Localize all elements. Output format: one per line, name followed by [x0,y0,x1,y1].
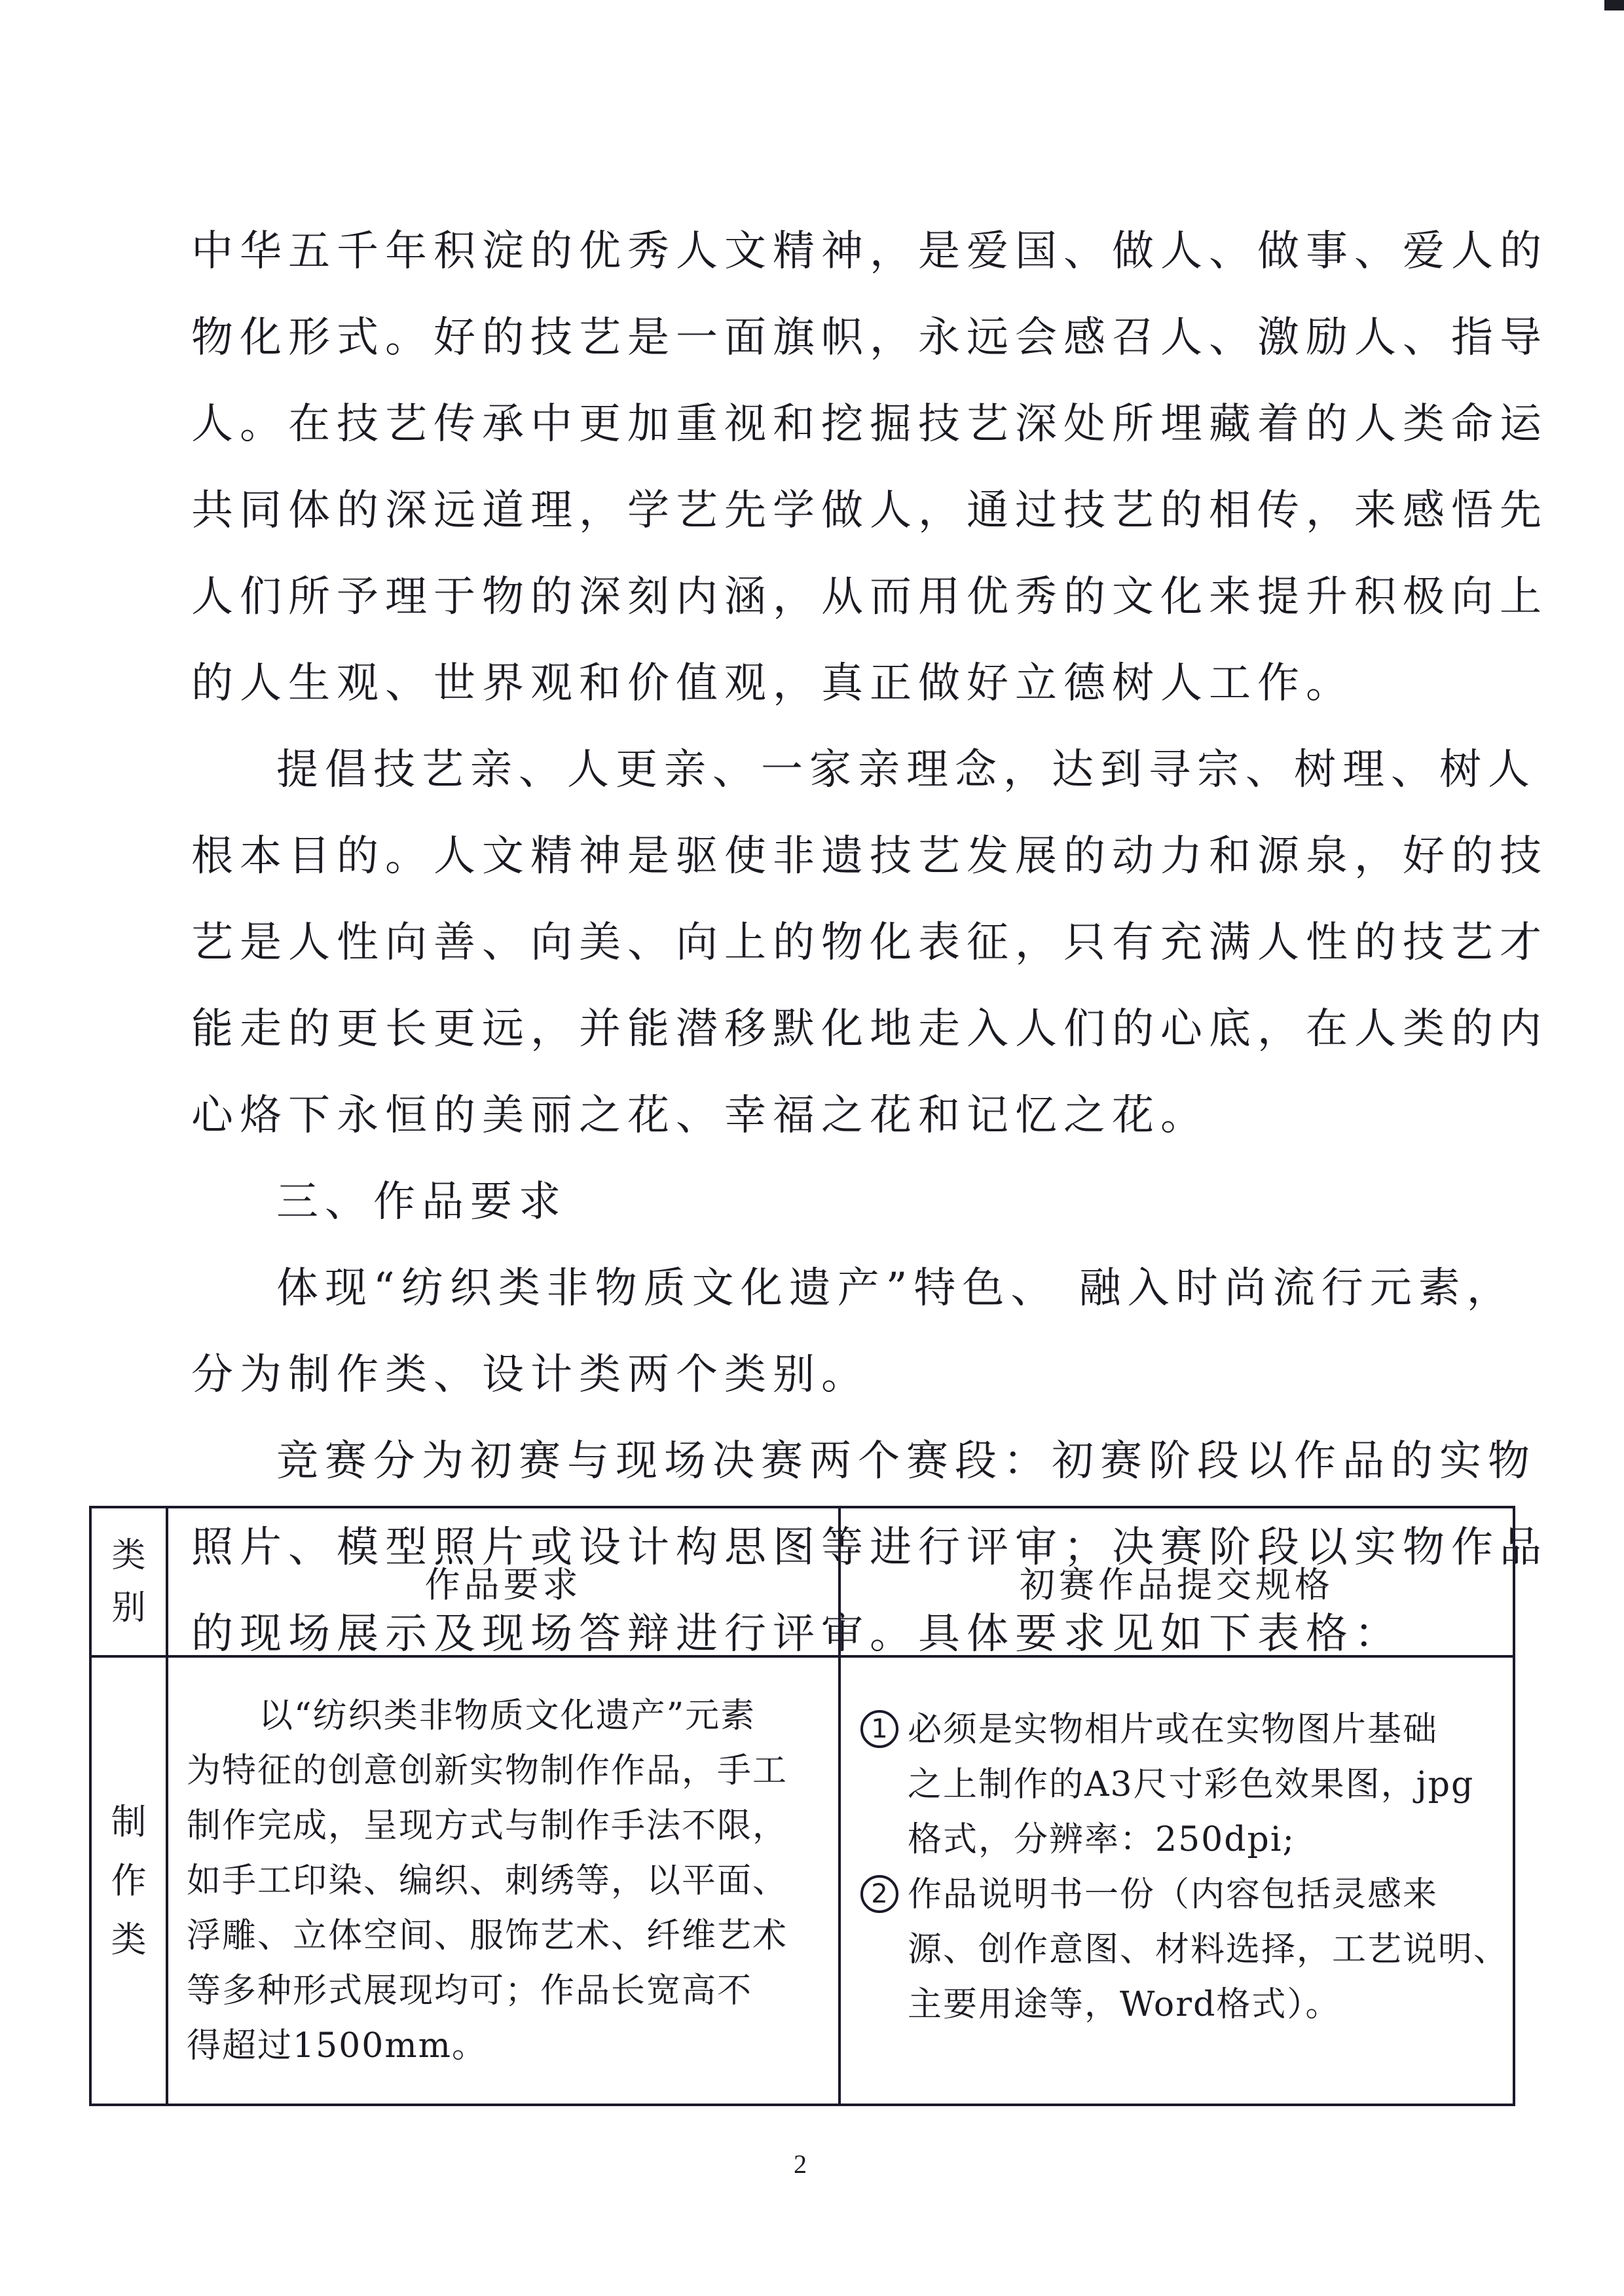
page-number: 2 [794,2149,807,2179]
header-requirements: 作品要求 [167,1507,840,1656]
paragraph-line: 能走的更长更远，并能潜移默化地走入人们的心底，在人类的内 [191,986,1416,1072]
section-heading: 三、作品要求 [191,1159,1416,1245]
circled-number-icon: 2 [860,1875,898,1913]
submission-spec-cell: 1 必须是实物相片或在实物图片基础 之上制作的A3尺寸彩色效果图，jpg 格式，… [840,1656,1514,2105]
paragraph-line: 心烙下永恒的美丽之花、幸福之花和记忆之花。 [191,1072,1416,1159]
paragraph-line: 共同体的深远道理，学艺先学做人，通过技艺的相传，来感悟先 [191,467,1416,554]
cell-line: 作品说明书一份（内容包括灵感来 [908,1867,1500,1922]
cell-line: 浮雕、立体空间、服饰艺术、纤维艺术 [187,1908,822,1963]
paragraph-line: 人们所予理于物的深刻内涵，从而用优秀的文化来提升积极向上 [191,554,1416,640]
table-header-row: 类 别 作品要求 初赛作品提交规格 [90,1507,1514,1656]
cell-line: 主要用途等，Word格式）。 [908,1977,1500,2032]
cell-line: 源、创作意图、材料选择，工艺说明、 [908,1922,1500,1977]
paragraph-line: 体现“纺织类非物质文化遗产”特色、 融入时尚流行元素， [191,1245,1416,1332]
category-char: 类 [92,1910,166,1969]
document-body: 中华五千年积淀的优秀人文精神，是爱国、做人、做事、爱人的 物化形式。好的技艺是一… [191,208,1416,1677]
requirements-cell: 以“纺织类非物质文化遗产”元素 为特征的创意创新实物制作作品，手工 制作完成，呈… [167,1656,840,2105]
cell-line: 制作完成，呈现方式与制作手法不限， [187,1798,822,1853]
requirements-table: 类 别 作品要求 初赛作品提交规格 制 作 类 以“纺织类非物质文化遗产”元素 … [89,1506,1515,2106]
header-category: 类 别 [90,1507,167,1656]
header-category-char: 类 [92,1529,166,1582]
cell-line: 之上制作的A3尺寸彩色效果图，jpg [908,1757,1500,1812]
paragraph-line: 根本目的。人文精神是驱使非遗技艺发展的动力和源泉，好的技 [191,813,1416,900]
header-submission-spec: 初赛作品提交规格 [840,1507,1514,1656]
cell-line: 如手工印染、编织、刺绣等，以平面、 [187,1853,822,1908]
scan-corner-mark [1604,0,1624,10]
paragraph-line: 的人生观、世界观和价值观，真正做好立德树人工作。 [191,640,1416,727]
circled-number-icon: 1 [860,1710,898,1748]
spec-item: 1 必须是实物相片或在实物图片基础 之上制作的A3尺寸彩色效果图，jpg 格式，… [860,1702,1500,1867]
paragraph-line: 物化形式。好的技艺是一面旗帜，永远会感召人、激励人、指导 [191,295,1416,381]
category-char: 制 [92,1793,166,1851]
paragraph-line: 竞赛分为初赛与现场决赛两个赛段：初赛阶段以作品的实物 [191,1418,1416,1504]
cell-line: 必须是实物相片或在实物图片基础 [908,1702,1500,1757]
cell-line: 以“纺织类非物质文化遗产”元素 [187,1688,822,1743]
cell-line: 为特征的创意创新实物制作作品，手工 [187,1743,822,1798]
header-category-char: 别 [92,1582,166,1634]
cell-line: 得超过1500mm。 [187,2018,822,2073]
spec-item: 2 作品说明书一份（内容包括灵感来 源、创作意图、材料选择，工艺说明、 主要用途… [860,1867,1500,2032]
paragraph-line: 中华五千年积淀的优秀人文精神，是爱国、做人、做事、爱人的 [191,208,1416,295]
table-row: 制 作 类 以“纺织类非物质文化遗产”元素 为特征的创意创新实物制作作品，手工 … [90,1656,1514,2105]
category-char: 作 [92,1851,166,1910]
paragraph-line: 提倡技艺亲、人更亲、一家亲理念，达到寻宗、树理、树人 [191,727,1416,813]
cell-line: 等多种形式展现均可；作品长宽高不 [187,1963,822,2018]
category-cell: 制 作 类 [90,1656,167,2105]
cell-line: 格式，分辨率：250dpi; [908,1812,1500,1867]
paragraph-line: 人。在技艺传承中更加重视和挖掘技艺深处所埋藏着的人类命运 [191,381,1416,467]
paragraph-line: 分为制作类、设计类两个类别。 [191,1332,1416,1418]
paragraph-line: 艺是人性向善、向美、向上的物化表征，只有充满人性的技艺才 [191,900,1416,986]
